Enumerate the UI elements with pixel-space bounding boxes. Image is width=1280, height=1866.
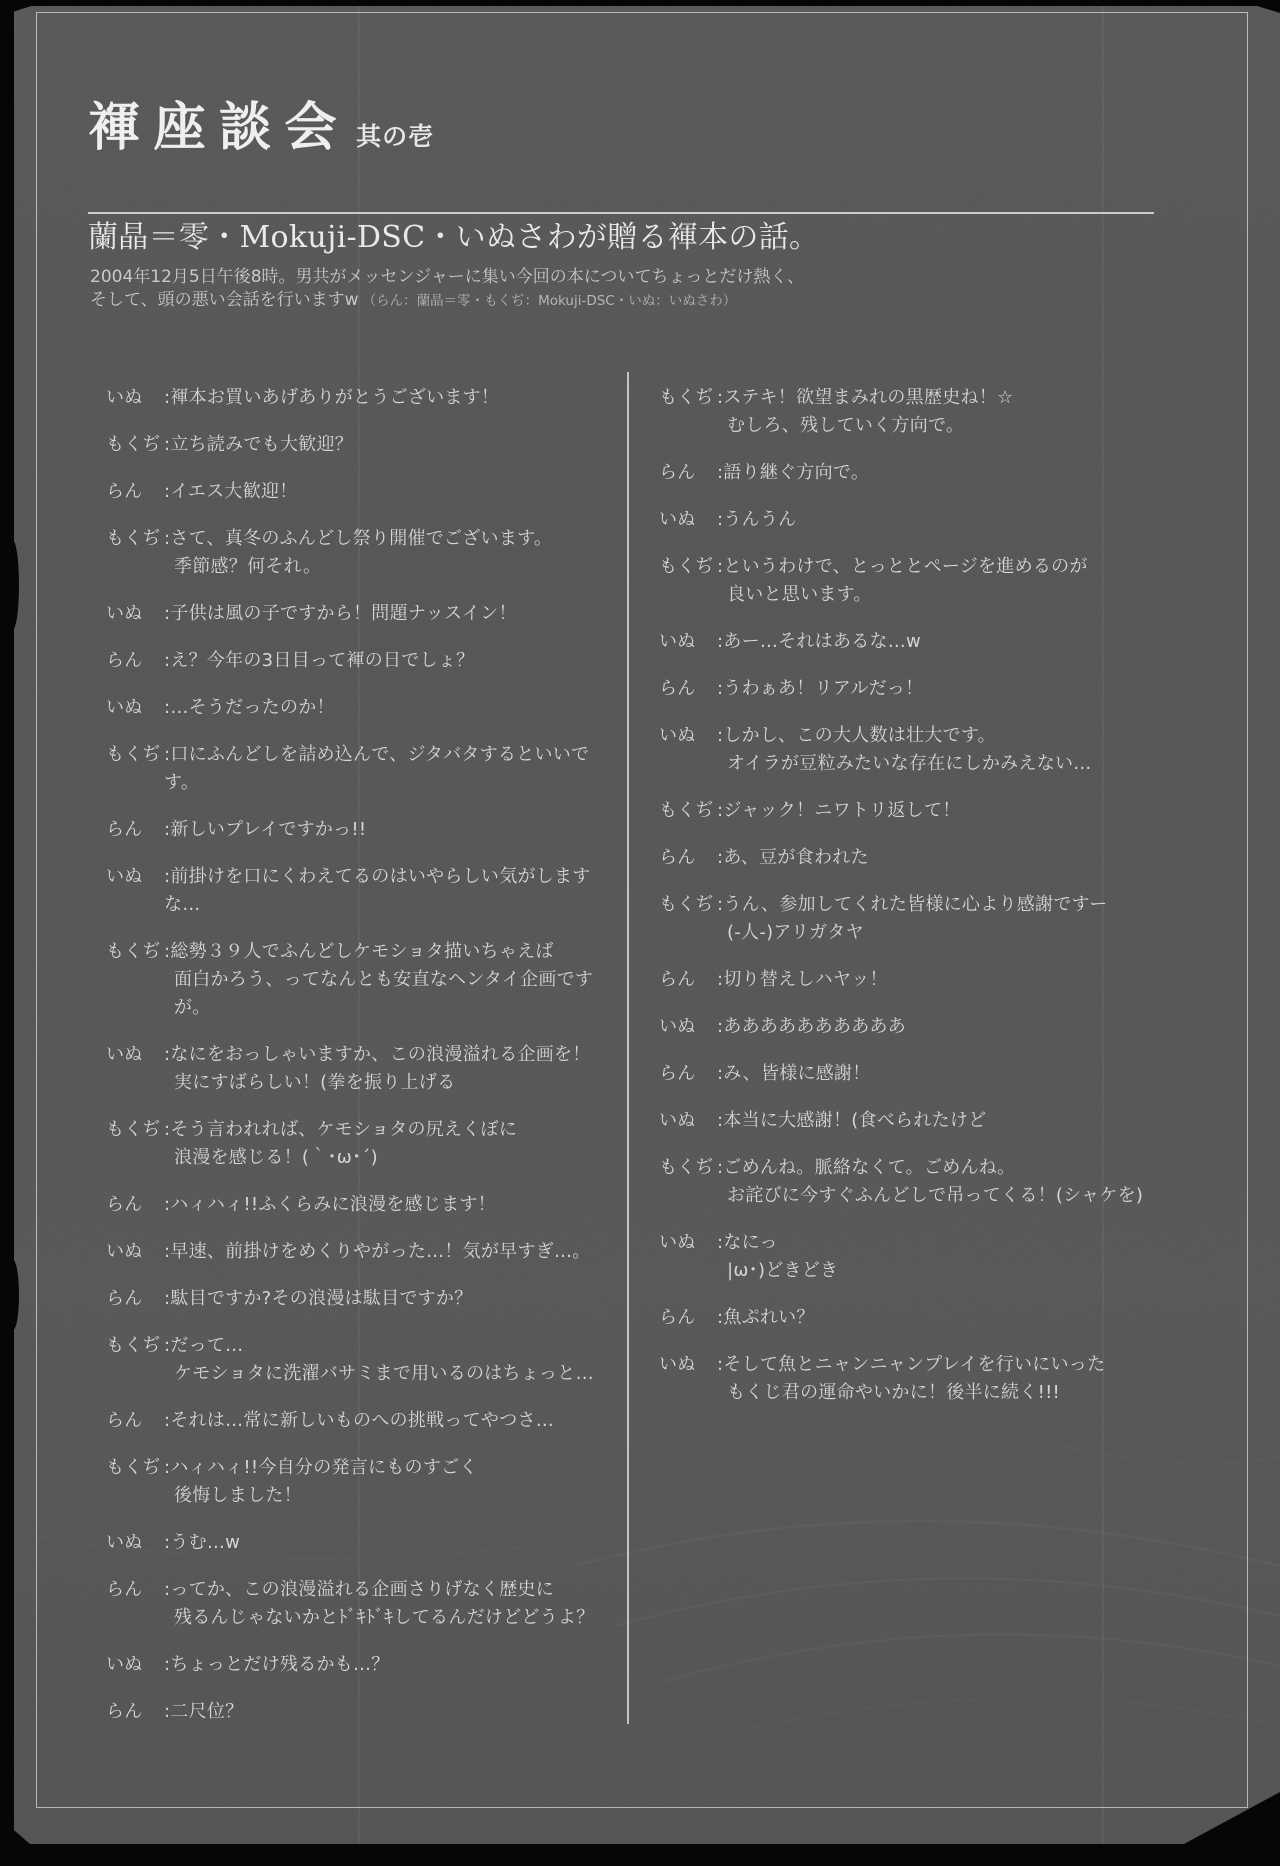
speaker-label: らん — [659, 1304, 717, 1332]
dialogue-line: :なにっ — [717, 1229, 1229, 1257]
dialogue-line: :二尺位？ — [164, 1698, 621, 1726]
speaker-label: いぬ — [659, 628, 717, 656]
dialogue-line-continuation: お詫びに今すぐふんどしで吊ってくる！(シャケを) — [717, 1182, 1229, 1210]
dialogue-text: :口にふんどしを詰め込んで、ジタバタするといいです。 — [164, 741, 621, 797]
dialogue-line-continuation: ケモショタに洗濯バサミまで用いるのはちょっと… — [164, 1360, 621, 1388]
speaker-label: いぬ — [106, 600, 164, 628]
dialogue-line: :本当に大感謝！(食べられたけど — [717, 1107, 1229, 1135]
speaker-label: いぬ — [106, 1651, 164, 1679]
dialogue-text: :しかし、この大人数は壮大です。オイラが豆粒みたいな存在にしかみえない… — [717, 722, 1229, 778]
dialogue-line-continuation: 面白かろう、ってなんとも安直なヘンタイ企画ですが。 — [164, 966, 621, 1022]
dialogue-line: :さて、真冬のふんどし祭り開催でございます。 — [164, 525, 621, 553]
dialogue-entry: いぬ:そして魚とニャンニャンプレイを行いにいったもくじ君の運命やいかに！後半に続… — [659, 1351, 1229, 1407]
speaker-label: らん — [659, 459, 717, 487]
dialogue-text: :本当に大感謝！(食べられたけど — [717, 1107, 1229, 1135]
dialogue-line: :褌本お買いあげありがとうございます！ — [164, 384, 621, 412]
dialogue-text: :ステキ！欲望まみれの黒歴史ね！☆むしろ、残していく方向で。 — [717, 384, 1229, 440]
dialogue-line: :あー…それはあるな…w — [717, 628, 1229, 656]
dialogue-line: :早速、前掛けをめくりやがった…！気が早すぎ…。 — [164, 1238, 621, 1266]
dialogue-text: :イエス大歓迎！ — [164, 478, 621, 506]
dialogue-entry: もくぢ:ごめんね。脈絡なくて。ごめんね。お詫びに今すぐふんどしで吊ってくる！(シ… — [659, 1154, 1229, 1210]
dialogue-line: :口にふんどしを詰め込んで、ジタバタするといいです。 — [164, 741, 621, 797]
dialogue-entry: もくぢ:総勢３９人でふんどしケモショタ描いちゃえば面白かろう、ってなんとも安直な… — [106, 938, 621, 1022]
dialogue-entry: いぬ:早速、前掛けをめくりやがった…！気が早すぎ…。 — [106, 1238, 621, 1266]
dialogue-entry: いぬ:うんうん — [659, 506, 1229, 534]
dialogue-text: :駄目ですか?その浪漫は駄目ですか？ — [164, 1285, 621, 1313]
dialogue-line: :え？今年の3日目って褌の日でしょ？ — [164, 647, 621, 675]
speaker-label: いぬ — [659, 1351, 717, 1407]
dialogue-entry: らん:それは…常に新しいものへの挑戦ってやつさ… — [106, 1407, 621, 1435]
dialogue-entry: らん:ハィハィ!!ふくらみに浪漫を感じます！ — [106, 1191, 621, 1219]
speaker-label: らん — [106, 1407, 164, 1435]
dialogue-line: :うんうん — [717, 506, 1229, 534]
dialogue-line: :ごめんね。脈絡なくて。ごめんね。 — [717, 1154, 1229, 1182]
dialogue-line: :前掛けを口にくわえてるのはいやらしい気がしますな… — [164, 863, 621, 919]
intro-paragraph: 2004年12月5日午後8時。男共がメッセンジャーに集い今回の本についてちょっと… — [90, 266, 804, 313]
dialogue-line: :なにをおっしゃいますか、この浪漫溢れる企画を！ — [164, 1041, 621, 1069]
intro-line-2-text: そして、頭の悪い会話を行いますw — [90, 290, 359, 310]
speaker-label: らん — [106, 478, 164, 506]
dialogue-line: :というわけで、とっととページを進めるのが — [717, 553, 1229, 581]
scanned-doujin-page: 褌座談会其の壱 蘭晶＝零・Mokuji-DSC・いぬさわが贈る褌本の話。 200… — [0, 0, 1280, 1866]
dialogue-line: :駄目ですか?その浪漫は駄目ですか？ — [164, 1285, 621, 1313]
speaker-label: いぬ — [659, 1229, 717, 1285]
dialogue-entry: いぬ:なにっ|ω･)どきどき — [659, 1229, 1229, 1285]
dialogue-entry: らん:え？今年の3日目って褌の日でしょ？ — [106, 647, 621, 675]
dialogue-line: :…そうだったのか！ — [164, 694, 621, 722]
dialogue-line: :ってか、この浪漫溢れる企画さりげなく歴史に — [164, 1576, 621, 1604]
dialogue-text: :み、皆様に感謝！ — [717, 1060, 1229, 1088]
speaker-label: もくぢ — [659, 1154, 717, 1210]
dialogue-text: :ジャック！ニワトリ返して！ — [717, 797, 1229, 825]
dialogue-entry: もくぢ:ジャック！ニワトリ返して！ — [659, 797, 1229, 825]
dialogue-entry: らん:うわぁあ！リアルだっ！ — [659, 675, 1229, 703]
dialogue-line: :魚ぷれい？ — [717, 1304, 1229, 1332]
speaker-label: らん — [106, 1698, 164, 1726]
speaker-label: いぬ — [106, 1529, 164, 1557]
dialogue-text: :前掛けを口にくわえてるのはいやらしい気がしますな… — [164, 863, 621, 919]
page-title-text: 褌座談会 — [88, 98, 350, 158]
intro-line-2: そして、頭の悪い会話を行いますw（らん：蘭晶＝零・もくぢ：Mokuji-DSC・… — [90, 289, 804, 313]
speaker-label: らん — [659, 966, 717, 994]
subtitle: 蘭晶＝零・Mokuji-DSC・いぬさわが贈る褌本の話。 — [88, 220, 819, 256]
dialogue-entry: らん:魚ぷれい？ — [659, 1304, 1229, 1332]
dialogue-text: :あ、豆が食われた — [717, 844, 1229, 872]
dialogue-entry: もくぢ:うん、参加してくれた皆様に心より感謝ですー(-人-)アリガタヤ — [659, 891, 1229, 947]
dialogue-text: :ごめんね。脈絡なくて。ごめんね。お詫びに今すぐふんどしで吊ってくる！(シャケを… — [717, 1154, 1229, 1210]
dialogue-text: :ハィハィ!!ふくらみに浪漫を感じます！ — [164, 1191, 621, 1219]
page-title-suffix: 其の壱 — [356, 122, 434, 151]
dialogue-entry: いぬ:ちょっとだけ残るかも…？ — [106, 1651, 621, 1679]
dialogue-entry: らん:切り替えしハヤッ！ — [659, 966, 1229, 994]
dialogue-line-continuation: |ω･)どきどき — [717, 1257, 1229, 1285]
speaker-label: もくぢ — [106, 938, 164, 1022]
speaker-label: もくぢ — [106, 1454, 164, 1510]
dialogue-entry: いぬ:なにをおっしゃいますか、この浪漫溢れる企画を！実にすばらしい！(拳を振り上… — [106, 1041, 621, 1097]
title-rule — [88, 212, 1154, 214]
speaker-label: いぬ — [106, 1238, 164, 1266]
dialogue-text: :切り替えしハヤッ！ — [717, 966, 1229, 994]
speaker-label: らん — [659, 844, 717, 872]
dialogue-line: :それは…常に新しいものへの挑戦ってやつさ… — [164, 1407, 621, 1435]
dialogue-line-continuation: 残るんじゃないかとﾄﾞｷﾄﾞｷしてるんだけどどうよ？ — [164, 1604, 621, 1632]
speaker-label: らん — [106, 1191, 164, 1219]
dialogue-entry: らん:二尺位？ — [106, 1698, 621, 1726]
column-divider — [627, 372, 629, 1724]
speaker-label: もくぢ — [106, 1332, 164, 1388]
dialogue-entry: いぬ:前掛けを口にくわえてるのはいやらしい気がしますな… — [106, 863, 621, 919]
dialogue-text: :うんうん — [717, 506, 1229, 534]
dialogue-entry: いぬ:ああああああああああ — [659, 1013, 1229, 1041]
dialogue-entry: らん:ってか、この浪漫溢れる企画さりげなく歴史に残るんじゃないかとﾄﾞｷﾄﾞｷし… — [106, 1576, 621, 1632]
dialogue-text: :立ち読みでも大歓迎？ — [164, 431, 621, 459]
speaker-label: いぬ — [659, 722, 717, 778]
speaker-label: もくぢ — [106, 525, 164, 581]
dialogue-column-left: いぬ:褌本お買いあげありがとうございます！もくぢ:立ち読みでも大歓迎？らん:イエ… — [106, 384, 621, 1745]
dialogue-line-continuation: (-人-)アリガタヤ — [717, 919, 1229, 947]
dialogue-line-continuation: 良いと思います。 — [717, 581, 1229, 609]
dialogue-line: :そう言われれば、ケモショタの尻えくぼに — [164, 1116, 621, 1144]
speaker-label: いぬ — [106, 1041, 164, 1097]
dialogue-entry: らん:イエス大歓迎！ — [106, 478, 621, 506]
dialogue-entry: らん:み、皆様に感謝！ — [659, 1060, 1229, 1088]
dialogue-text: :だって…ケモショタに洗濯バサミまで用いるのはちょっと… — [164, 1332, 621, 1388]
scan-edge-bump — [7, 1260, 19, 1330]
dialogue-entry: いぬ:子供は風の子ですから！問題ナッスイン！ — [106, 600, 621, 628]
speaker-label: らん — [106, 816, 164, 844]
dialogue-entry: らん:あ、豆が食われた — [659, 844, 1229, 872]
dialogue-column-right: もくぢ:ステキ！欲望まみれの黒歴史ね！☆むしろ、残していく方向で。らん:語り継ぐ… — [659, 384, 1229, 1426]
dialogue-text: :そして魚とニャンニャンプレイを行いにいったもくじ君の運命やいかに！後半に続く!… — [717, 1351, 1229, 1407]
dialogue-line: :ジャック！ニワトリ返して！ — [717, 797, 1229, 825]
dialogue-line-continuation: 季節感？何それ。 — [164, 553, 621, 581]
speaker-label: らん — [659, 675, 717, 703]
dialogue-entry: もくぢ:ステキ！欲望まみれの黒歴史ね！☆むしろ、残していく方向で。 — [659, 384, 1229, 440]
speaker-label: いぬ — [106, 863, 164, 919]
dialogue-text: :というわけで、とっととページを進めるのが良いと思います。 — [717, 553, 1229, 609]
dialogue-text: :うわぁあ！リアルだっ！ — [717, 675, 1229, 703]
speaker-label: らん — [106, 1576, 164, 1632]
dialogue-line: :子供は風の子ですから！問題ナッスイン！ — [164, 600, 621, 628]
dialogue-entry: いぬ:あー…それはあるな…w — [659, 628, 1229, 656]
speaker-label: いぬ — [106, 384, 164, 412]
speaker-label: もくぢ — [659, 553, 717, 609]
dialogue-text: :うん、参加してくれた皆様に心より感謝ですー(-人-)アリガタヤ — [717, 891, 1229, 947]
dialogue-line: :切り替えしハヤッ！ — [717, 966, 1229, 994]
dialogue-line: :み、皆様に感謝！ — [717, 1060, 1229, 1088]
dialogue-text: :子供は風の子ですから！問題ナッスイン！ — [164, 600, 621, 628]
dialogue-line: :うん、参加してくれた皆様に心より感謝ですー — [717, 891, 1229, 919]
dialogue-entry: いぬ:本当に大感謝！(食べられたけど — [659, 1107, 1229, 1135]
dialogue-text: :それは…常に新しいものへの挑戦ってやつさ… — [164, 1407, 621, 1435]
dialogue-text: :え？今年の3日目って褌の日でしょ？ — [164, 647, 621, 675]
intro-line-1: 2004年12月5日午後8時。男共がメッセンジャーに集い今回の本についてちょっと… — [90, 266, 804, 289]
dialogue-line: :総勢３９人でふんどしケモショタ描いちゃえば — [164, 938, 621, 966]
dialogue-line: :しかし、この大人数は壮大です。 — [717, 722, 1229, 750]
dialogue-text: :…そうだったのか！ — [164, 694, 621, 722]
dialogue-line: :ちょっとだけ残るかも…？ — [164, 1651, 621, 1679]
dialogue-line: :あ、豆が食われた — [717, 844, 1229, 872]
dialogue-entry: もくぢ:立ち読みでも大歓迎？ — [106, 431, 621, 459]
dialogue-text: :なにをおっしゃいますか、この浪漫溢れる企画を！実にすばらしい！(拳を振り上げる — [164, 1041, 621, 1097]
dialogue-entry: いぬ:褌本お買いあげありがとうございます！ — [106, 384, 621, 412]
dialogue-entry: いぬ:しかし、この大人数は壮大です。オイラが豆粒みたいな存在にしかみえない… — [659, 722, 1229, 778]
dialogue-line: :そして魚とニャンニャンプレイを行いにいった — [717, 1351, 1229, 1379]
paper: 褌座談会其の壱 蘭晶＝零・Mokuji-DSC・いぬさわが贈る褌本の話。 200… — [14, 6, 1280, 1844]
dialogue-line: :うむ…w — [164, 1529, 621, 1557]
dialogue-line: :新しいプレイですかっ!! — [164, 816, 621, 844]
speaker-label: もくぢ — [659, 797, 717, 825]
speaker-label: らん — [659, 1060, 717, 1088]
page-title: 褌座談会其の壱 — [88, 102, 434, 154]
dialogue-line: :ハィハィ!!今自分の発言にものすごく — [164, 1454, 621, 1482]
dialogue-line-continuation: 実にすばらしい！(拳を振り上げる — [164, 1069, 621, 1097]
intro-cast-note: （らん：蘭晶＝零・もくぢ：Mokuji-DSC・いぬ：いぬさわ） — [363, 293, 737, 309]
dialogue-line-continuation: むしろ、残していく方向で。 — [717, 412, 1229, 440]
dialogue-entry: らん:新しいプレイですかっ!! — [106, 816, 621, 844]
dialogue-entry: もくぢ:そう言われれば、ケモショタの尻えくぼに浪漫を感じる！(｀･ω･´) — [106, 1116, 621, 1172]
speaker-label: もくぢ — [659, 891, 717, 947]
dialogue-text: :ってか、この浪漫溢れる企画さりげなく歴史に残るんじゃないかとﾄﾞｷﾄﾞｷしてる… — [164, 1576, 621, 1632]
dialogue-entry: もくぢ:ハィハィ!!今自分の発言にものすごく後悔しました！ — [106, 1454, 621, 1510]
dialogue-line: :ステキ！欲望まみれの黒歴史ね！☆ — [717, 384, 1229, 412]
dialogue-text: :二尺位？ — [164, 1698, 621, 1726]
speaker-label: いぬ — [659, 1013, 717, 1041]
dialogue-text: :ああああああああああ — [717, 1013, 1229, 1041]
speaker-label: らん — [106, 647, 164, 675]
speaker-label: らん — [106, 1285, 164, 1313]
speaker-label: もくぢ — [106, 431, 164, 459]
dialogue-text: :語り継ぐ方向で。 — [717, 459, 1229, 487]
dialogue-entry: いぬ:うむ…w — [106, 1529, 621, 1557]
dialogue-text: :早速、前掛けをめくりやがった…！気が早すぎ…。 — [164, 1238, 621, 1266]
dialogue-line-continuation: 後悔しました！ — [164, 1482, 621, 1510]
speaker-label: いぬ — [659, 1107, 717, 1135]
dialogue-text: :ハィハィ!!今自分の発言にものすごく後悔しました！ — [164, 1454, 621, 1510]
dialogue-text: :魚ぷれい？ — [717, 1304, 1229, 1332]
dialogue-entry: もくぢ:口にふんどしを詰め込んで、ジタバタするといいです。 — [106, 741, 621, 797]
dialogue-text: :なにっ|ω･)どきどき — [717, 1229, 1229, 1285]
dialogue-line-continuation: オイラが豆粒みたいな存在にしかみえない… — [717, 750, 1229, 778]
dialogue-text: :あー…それはあるな…w — [717, 628, 1229, 656]
dialogue-text: :そう言われれば、ケモショタの尻えくぼに浪漫を感じる！(｀･ω･´) — [164, 1116, 621, 1172]
dialogue-entry: いぬ:…そうだったのか！ — [106, 694, 621, 722]
dialogue-text: :うむ…w — [164, 1529, 621, 1557]
dialogue-text: :褌本お買いあげありがとうございます！ — [164, 384, 621, 412]
dialogue-entry: もくぢ:というわけで、とっととページを進めるのが良いと思います。 — [659, 553, 1229, 609]
dialogue-line-continuation: 浪漫を感じる！(｀･ω･´) — [164, 1144, 621, 1172]
dialogue-entry: らん:駄目ですか?その浪漫は駄目ですか？ — [106, 1285, 621, 1313]
dialogue-line: :ハィハィ!!ふくらみに浪漫を感じます！ — [164, 1191, 621, 1219]
speaker-label: もくぢ — [106, 741, 164, 797]
speaker-label: もくぢ — [659, 384, 717, 440]
dialogue-text: :ちょっとだけ残るかも…？ — [164, 1651, 621, 1679]
dialogue-line: :うわぁあ！リアルだっ！ — [717, 675, 1229, 703]
dialogue-entry: もくぢ:だって…ケモショタに洗濯バサミまで用いるのはちょっと… — [106, 1332, 621, 1388]
dialogue-line: :イエス大歓迎！ — [164, 478, 621, 506]
dialogue-text: :新しいプレイですかっ!! — [164, 816, 621, 844]
dialogue-line: :ああああああああああ — [717, 1013, 1229, 1041]
speaker-label: いぬ — [659, 506, 717, 534]
speaker-label: もくぢ — [106, 1116, 164, 1172]
dialogue-line: :立ち読みでも大歓迎？ — [164, 431, 621, 459]
dialogue-line-continuation: もくじ君の運命やいかに！後半に続く!!! — [717, 1379, 1229, 1407]
dialogue-line: :だって… — [164, 1332, 621, 1360]
dialogue-line: :語り継ぐ方向で。 — [717, 459, 1229, 487]
dialogue-text: :さて、真冬のふんどし祭り開催でございます。季節感？何それ。 — [164, 525, 621, 581]
dialogue-text: :総勢３９人でふんどしケモショタ描いちゃえば面白かろう、ってなんとも安直なヘンタ… — [164, 938, 621, 1022]
dialogue-entry: もくぢ:さて、真冬のふんどし祭り開催でございます。季節感？何それ。 — [106, 525, 621, 581]
scan-edge-bump — [6, 540, 19, 630]
speaker-label: いぬ — [106, 694, 164, 722]
dialogue-entry: らん:語り継ぐ方向で。 — [659, 459, 1229, 487]
